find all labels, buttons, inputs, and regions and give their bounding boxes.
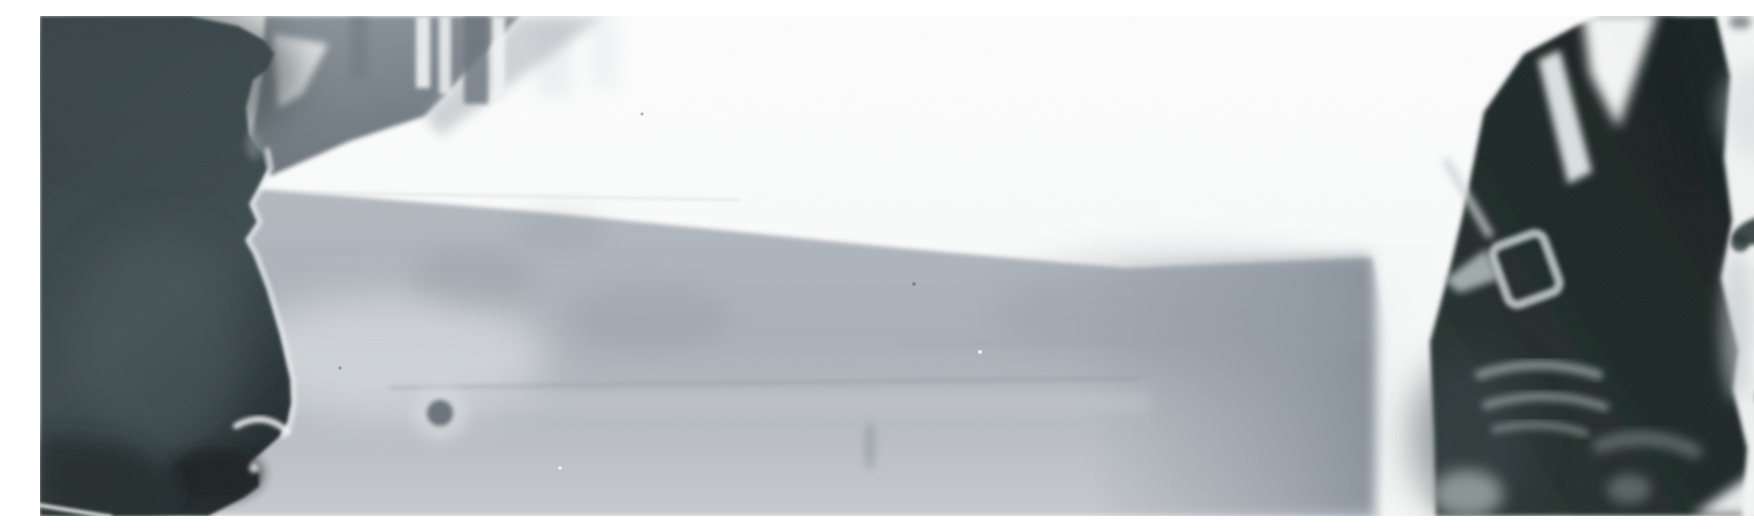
film-grain: [40, 16, 1754, 516]
photograph: Grainy monochrome photo. Left: backlit s…: [40, 16, 1754, 516]
photo-svg: [40, 16, 1754, 516]
